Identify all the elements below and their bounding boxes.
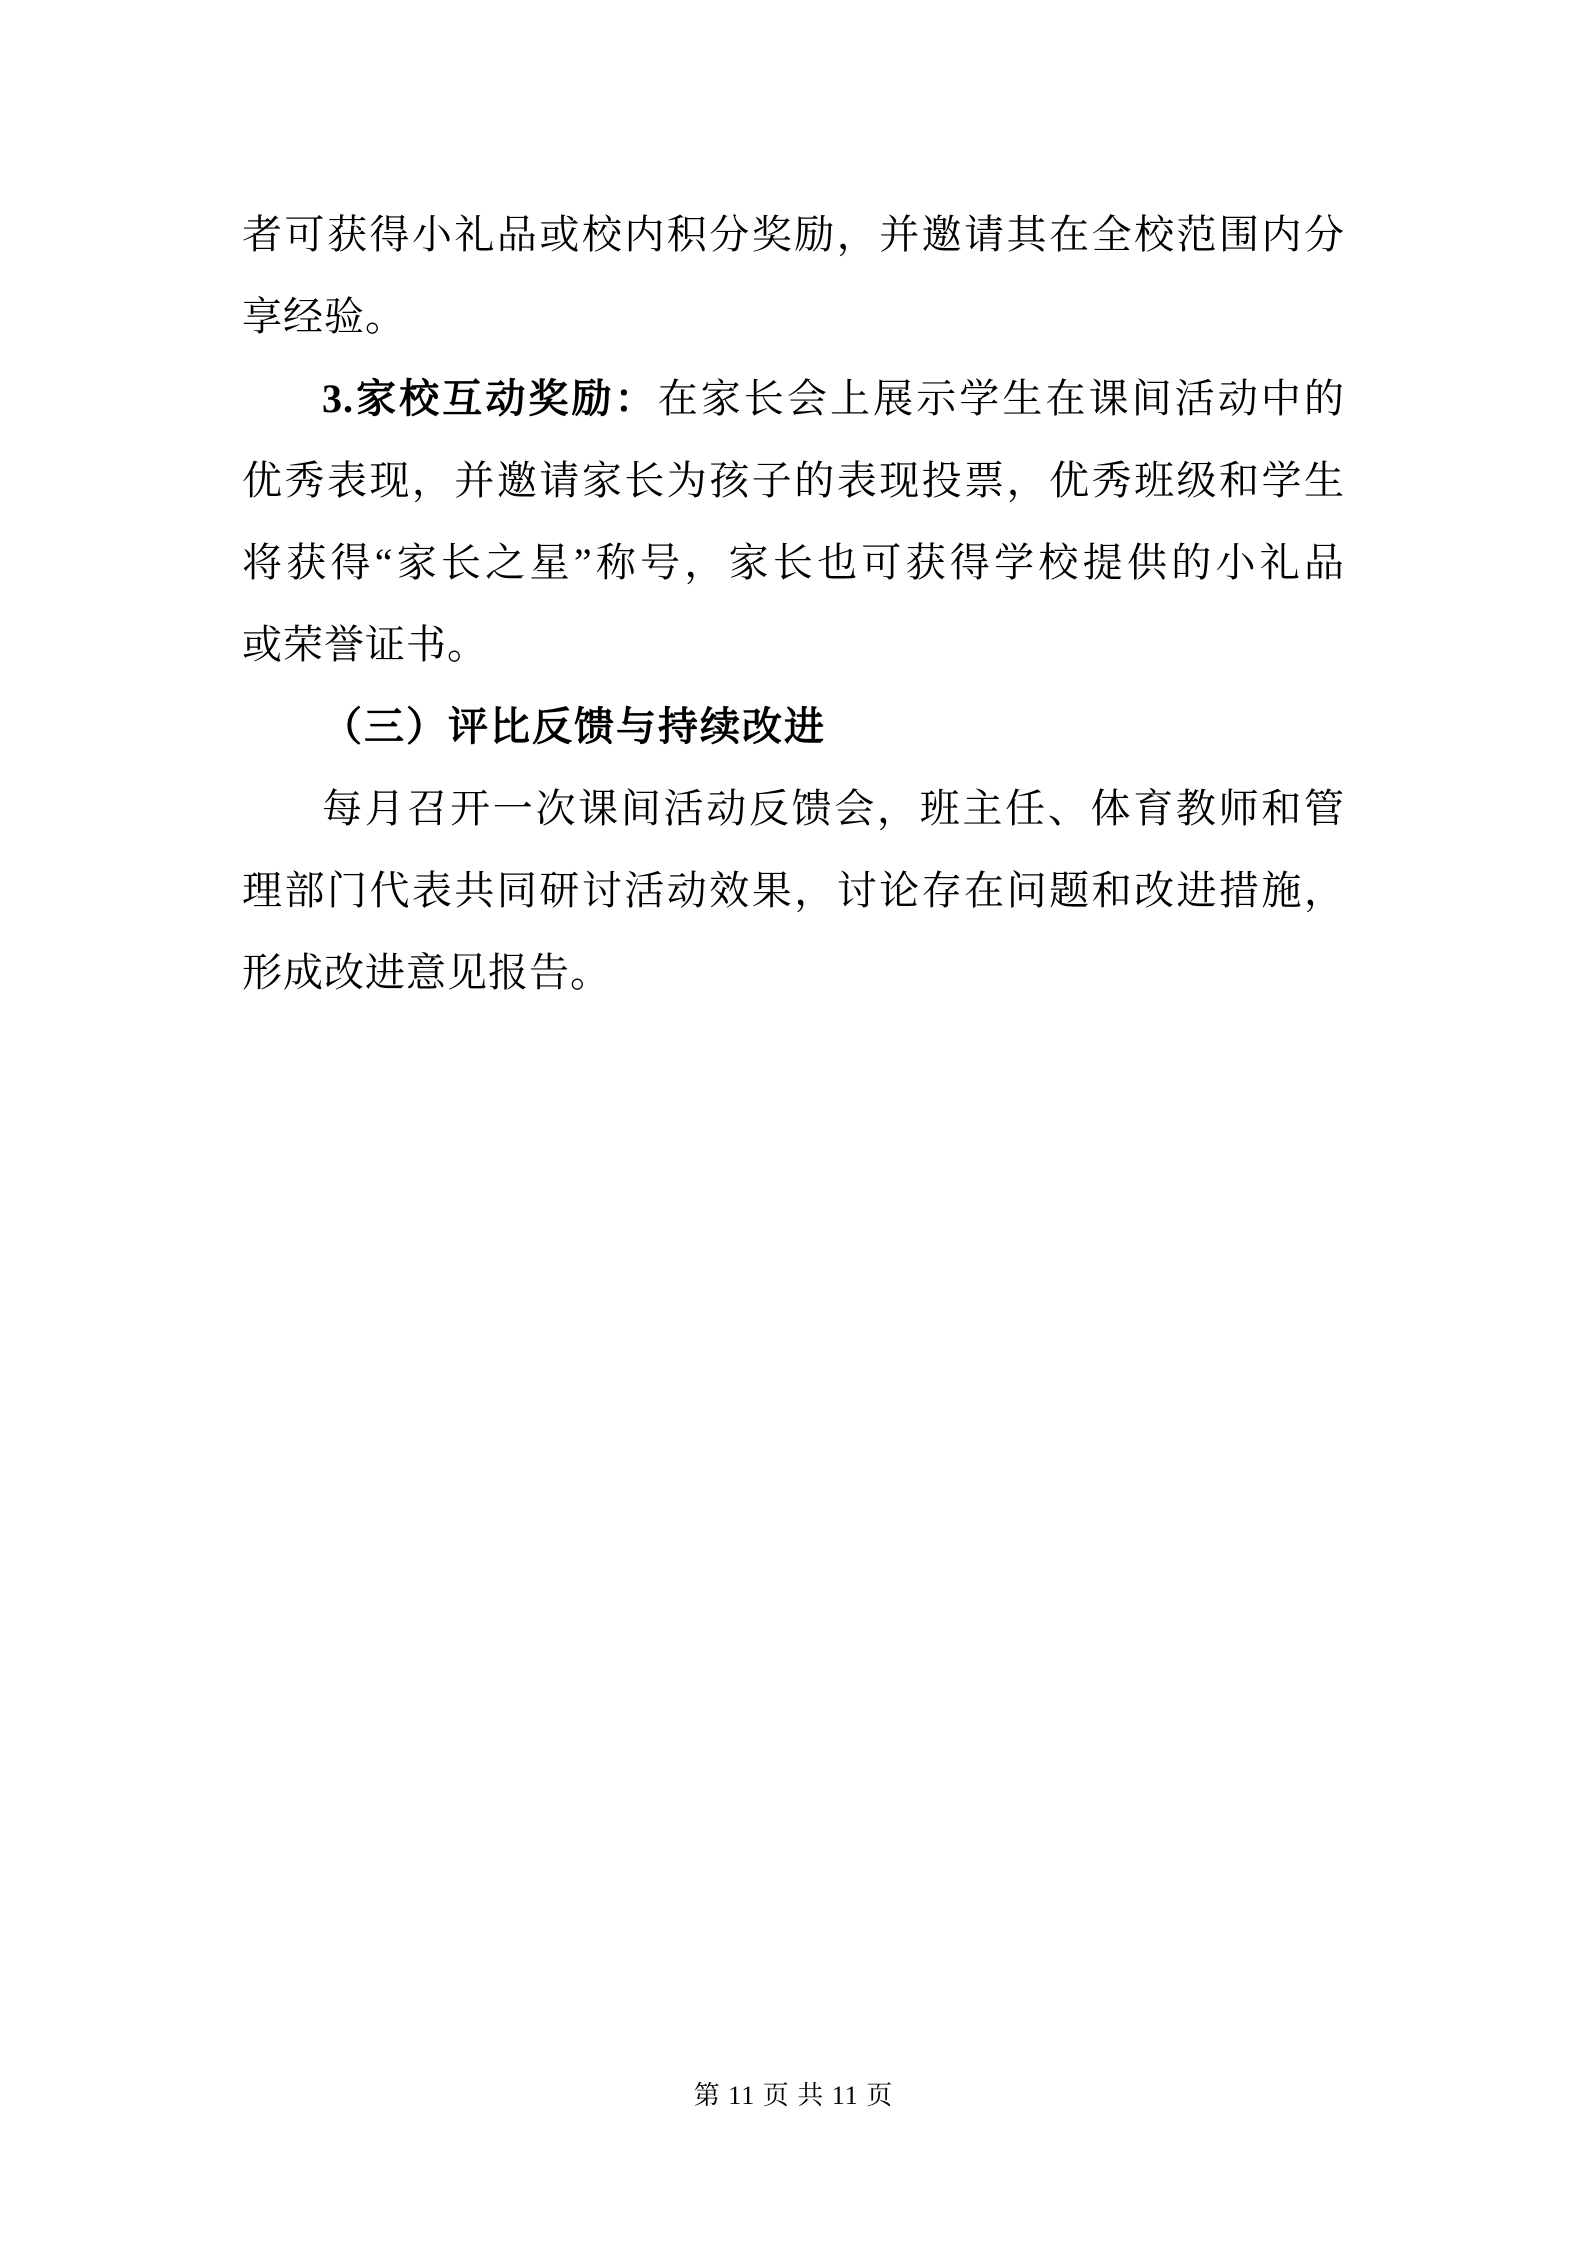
list-item-3-label: 3.家校互动奖励： — [322, 376, 658, 421]
paragraph-2-line-1-text: 在家长会上展示学生在课间活动中的 — [658, 376, 1345, 421]
paragraph-3-line-3: 形成改进意见报告。 — [242, 932, 1345, 1014]
paragraph-1-line-2: 享经验。 — [242, 276, 1345, 358]
paragraph-2-line-4: 或荣誉证书。 — [242, 604, 1345, 686]
paragraph-3-line-2: 理部门代表共同研讨活动效果，讨论存在问题和改进措施， — [242, 850, 1345, 932]
section-heading: （三）评比反馈与持续改进 — [242, 686, 1345, 768]
document-page: 者可获得小礼品或校内积分奖励，并邀请其在全校范围内分 享经验。 3.家校互动奖励… — [0, 0, 1587, 2245]
page-number-footer: 第 11 页 共 11 页 — [0, 2079, 1587, 2113]
paragraph-2-line-3: 将获得“家长之星”称号，家长也可获得学校提供的小礼品 — [242, 522, 1345, 604]
paragraph-2-line-1: 3.家校互动奖励：在家长会上展示学生在课间活动中的 — [242, 358, 1345, 440]
paragraph-1-line-1: 者可获得小礼品或校内积分奖励，并邀请其在全校范围内分 — [242, 194, 1345, 276]
paragraph-3-line-1: 每月召开一次课间活动反馈会，班主任、体育教师和管 — [242, 768, 1345, 850]
document-body: 者可获得小礼品或校内积分奖励，并邀请其在全校范围内分 享经验。 3.家校互动奖励… — [242, 194, 1345, 1014]
paragraph-2-line-2: 优秀表现，并邀请家长为孩子的表现投票，优秀班级和学生 — [242, 440, 1345, 522]
